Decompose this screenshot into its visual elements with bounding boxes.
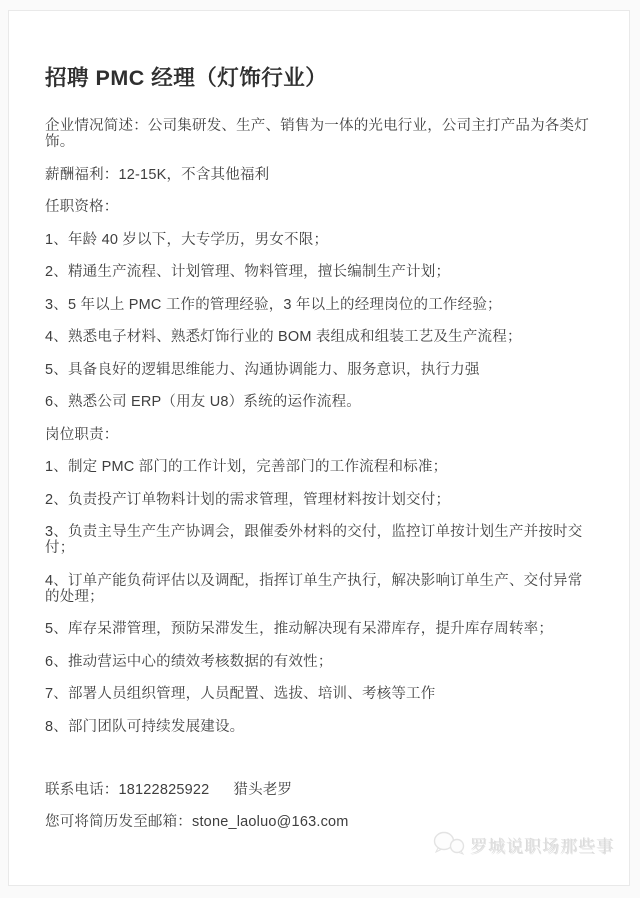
responsibility-item: 4、订单产能负荷评估以及调配，指挥订单生产执行，解决影响订单生产、交付异常的处理… [45,573,595,605]
contact-email-line: 您可将简历发至邮箱：stone_laoluo@163.com [45,814,595,830]
qualifications-heading: 任职资格： [45,199,595,215]
job-post-card: 招聘 PMC 经理（灯饰行业） 企业情况简述：公司集研发、生产、销售为一体的光电… [8,10,630,886]
chat-bubbles-icon [432,830,466,861]
responsibility-item: 5、库存呆滞管理，预防呆滞发生，推动解决现有呆滞库存，提升库存周转率； [45,621,595,637]
responsibility-item: 6、推动营运中心的绩效考核数据的有效性； [45,654,595,670]
responsibilities-heading: 岗位职责： [45,427,595,443]
qualification-item: 2、精通生产流程、计划管理、物料管理，擅长编制生产计划； [45,264,595,280]
contact-email-address: stone_laoluo@163.com [192,814,349,830]
watermark: 罗城说职场那些事 [432,830,615,861]
qualification-item: 3、5 年以上 PMC 工作的管理经验，3 年以上的经理岗位的工作经验； [45,297,595,313]
qualification-item: 1、年龄 40 岁以下，大专学历，男女不限； [45,232,595,248]
qualification-item: 4、熟悉电子材料、熟悉灯饰行业的 BOM 表组成和组装工艺及生产流程； [45,329,595,345]
contact-phone-label: 联系电话： [45,782,119,798]
page-title: 招聘 PMC 经理（灯饰行业） [45,63,595,93]
company-summary: 企业情况简述：公司集研发、生产、销售为一体的光电行业，公司主打产品为各类灯饰。 [45,118,595,150]
qualification-item: 5、具备良好的逻辑思维能力、沟通协调能力、服务意识，执行力强 [45,362,595,378]
responsibility-item: 1、制定 PMC 部门的工作计划，完善部门的工作流程和标准； [45,459,595,475]
responsibility-item: 7、部署人员组织管理，人员配置、选拔、培训、考核等工作 [45,686,595,702]
responsibility-item: 2、负责投产订单物料计划的需求管理，管理材料按计划交付； [45,492,595,508]
responsibility-item: 3、负责主导生产生产协调会，跟催委外材料的交付，监控订单按计划生产并按时交付； [45,524,595,556]
responsibility-item: 8、部门团队可持续发展建设。 [45,719,595,735]
contact-email-label: 您可将简历发至邮箱： [45,814,192,830]
watermark-text: 罗城说职场那些事 [471,833,615,858]
contact-phone-line: 联系电话：18122825922猎头老罗 [45,782,595,798]
salary-line: 薪酬福利：12-15K，不含其他福利 [45,167,595,183]
contact-phone-number: 18122825922 [119,782,210,798]
contact-person-name: 猎头老罗 [233,782,292,798]
qualification-item: 6、熟悉公司 ERP（用友 U8）系统的运作流程。 [45,394,595,410]
